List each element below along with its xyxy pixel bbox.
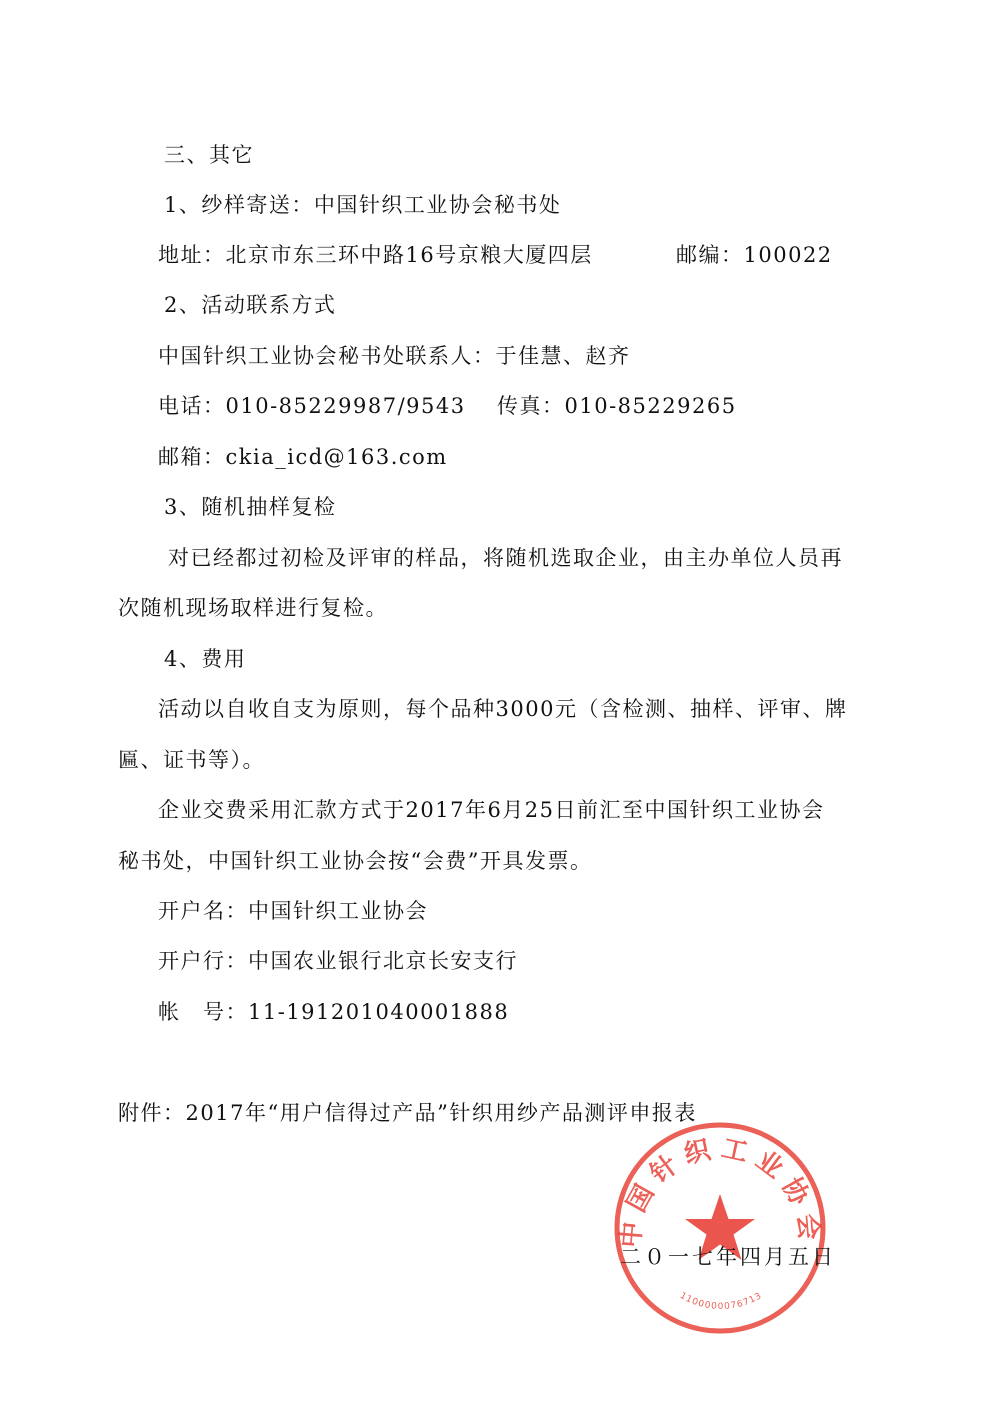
- item3-paragraph-line1: 对已经都过初检及评审的样品，将随机选取企业，由主办单位人员再: [168, 545, 843, 571]
- item1-postcode: 邮编：100022: [676, 242, 833, 268]
- account-name: 开户名：中国针织工业协会: [158, 898, 428, 924]
- account-number: 帐 号：11-191201040001888: [158, 999, 509, 1025]
- item3-title: 3、随机抽样复检: [164, 494, 336, 520]
- item2-title: 2、活动联系方式: [164, 292, 336, 318]
- item4-fee-line1: 活动以自收自支为原则，每个品种3000元（含检测、抽样、评审、牌: [158, 696, 847, 722]
- bank-name: 开户行：中国农业银行北京长安支行: [158, 948, 518, 974]
- item1-address: 地址：北京市东三环中路16号京粮大厦四层: [158, 242, 593, 268]
- svg-text:1100000076713: 1100000076713: [678, 1291, 764, 1312]
- attachment-line: 附件：2017年“用户信得过产品”针织用纱产品测评申报表: [118, 1100, 697, 1126]
- item1-title: 1、纱样寄送：中国针织工业协会秘书处: [164, 192, 561, 218]
- item4-title: 4、费用: [164, 646, 246, 672]
- signature-date: 二０一七年四月五日: [620, 1244, 836, 1270]
- item4-fee-line2: 匾、证书等）。: [118, 747, 265, 773]
- item2-phone: 电话：010-85229987/9543: [158, 393, 466, 419]
- item2-contacts: 中国针织工业协会秘书处联系人：于佳慧、赵齐: [158, 343, 631, 369]
- item3-paragraph-line2: 次随机现场取样进行复检。: [118, 595, 388, 621]
- section-heading: 三、其它: [164, 142, 254, 168]
- item4-payment-line2: 秘书处，中国针织工业协会按“会费”开具发票。: [118, 848, 592, 874]
- item2-fax: 传真：010-85229265: [497, 393, 737, 419]
- item4-payment-line1: 企业交费采用汇款方式于2017年6月25日前汇至中国针织工业协会: [158, 797, 825, 823]
- official-seal-icon: 中国针织工业协会 1100000076713: [612, 1120, 828, 1336]
- item2-email: 邮箱：ckia_icd@163.com: [158, 444, 448, 470]
